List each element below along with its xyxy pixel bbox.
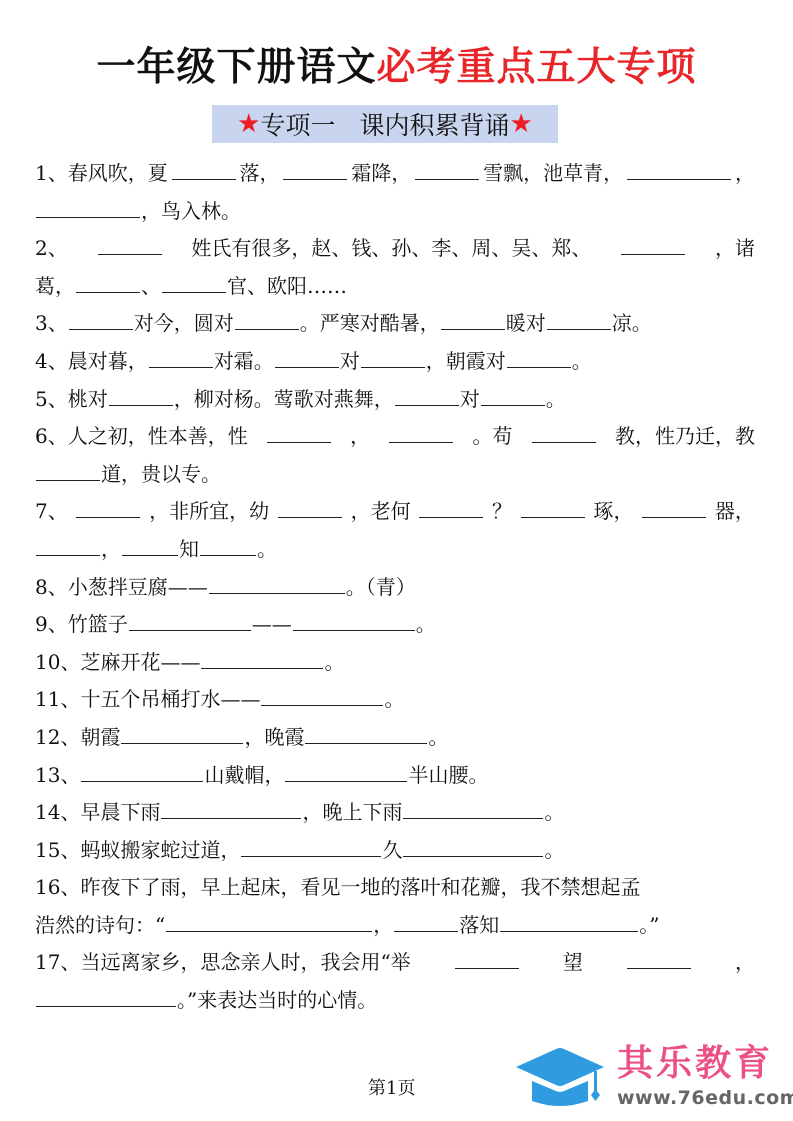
question-text: ，朝霞对 [426, 343, 506, 381]
fill-in-blank[interactable] [441, 311, 505, 330]
question-line: 7、，非所宜，幼，老何？琢，器， [35, 493, 755, 531]
fill-in-blank[interactable] [76, 274, 140, 293]
fill-in-blank[interactable] [394, 913, 458, 932]
question-line: 13、山戴帽，半山腰。 [35, 757, 755, 795]
question-text: 1、春风吹，夏 [35, 155, 168, 193]
fill-in-blank[interactable] [395, 387, 459, 406]
title-black-part: 一年级下册语文 [96, 45, 376, 90]
fill-in-blank[interactable] [121, 725, 243, 744]
question-line: 12、朝霞，晚霞。 [35, 719, 755, 757]
worksheet-questions: 1、春风吹，夏落，霜降，雪飘，池草青，，，鸟入林。2、姓氏有很多，赵、钱、孙、李… [35, 155, 755, 1020]
question-text: 。 [384, 681, 404, 719]
question-text: 山戴帽， [204, 757, 284, 795]
question-text: ， [735, 155, 755, 193]
question-line: 4、晨对暮，对霜。对，朝霞对。 [35, 343, 755, 381]
fill-in-blank[interactable] [285, 763, 407, 782]
fill-in-blank[interactable] [275, 349, 339, 368]
page-number: 第1页 [368, 1074, 415, 1100]
question-text: 。 [428, 719, 448, 757]
question-line: 5、桃对，柳对杨。莺歌对燕舞，对。 [35, 381, 755, 419]
question-text: ， [101, 531, 121, 569]
fill-in-blank[interactable] [455, 950, 519, 969]
fill-in-blank[interactable] [161, 800, 301, 819]
question-text: 教，性乃迁，教 [615, 418, 755, 456]
fill-in-blank[interactable] [521, 499, 585, 518]
fill-in-blank[interactable] [267, 424, 331, 443]
fill-in-blank[interactable] [201, 650, 323, 669]
question-text: ， [735, 944, 755, 982]
question-text: ， [373, 907, 393, 945]
question-text: 知 [179, 531, 199, 569]
fill-in-blank[interactable] [403, 838, 543, 857]
question-text: 4、晨对暮， [35, 343, 148, 381]
question-text: 。”来表达当时的心情。 [177, 982, 377, 1020]
question-text: 半山腰。 [408, 757, 488, 795]
fill-in-blank[interactable] [419, 499, 483, 518]
fill-in-blank[interactable] [36, 988, 176, 1007]
question-text: 。 [572, 343, 592, 381]
fill-in-blank[interactable] [81, 763, 203, 782]
question-text: 6、人之初，性本善，性 [35, 418, 248, 456]
fill-in-blank[interactable] [36, 537, 100, 556]
question-line: 16、昨夜下了雨，早上起床，看见一地的落叶和花瓣，我不禁想起孟 [35, 869, 755, 907]
question-line: 。”来表达当时的心情。 [35, 982, 755, 1020]
fill-in-blank[interactable] [507, 349, 571, 368]
fill-in-blank[interactable] [36, 462, 100, 481]
section-number: 专项一 [260, 106, 335, 142]
fill-in-blank[interactable] [122, 537, 178, 556]
question-line: 9、竹篮子——。 [35, 606, 755, 644]
question-text: 13、 [35, 757, 80, 795]
question-line: 11、十五个吊桶打水——。 [35, 681, 755, 719]
question-text: 暖对 [506, 305, 546, 343]
question-text: ，晚上下雨 [302, 794, 402, 832]
fill-in-blank[interactable] [76, 499, 140, 518]
question-line: 6、人之初，性本善，性，。苟教，性乃迁，教 [35, 418, 755, 456]
fill-in-blank[interactable] [235, 311, 299, 330]
question-text: ， [350, 418, 370, 456]
fill-in-blank[interactable] [129, 612, 251, 631]
fill-in-blank[interactable] [162, 274, 226, 293]
fill-in-blank[interactable] [69, 311, 133, 330]
question-text: 。 [544, 794, 564, 832]
question-line: 1、春风吹，夏落，霜降，雪飘，池草青，， [35, 155, 755, 193]
fill-in-blank[interactable] [36, 199, 140, 218]
question-text: 。 [257, 531, 277, 569]
question-text: 官、欧阳…… [227, 268, 347, 306]
question-text: 对今，圆对 [134, 305, 234, 343]
fill-in-blank[interactable] [172, 161, 236, 180]
fill-in-blank[interactable] [261, 687, 383, 706]
question-text: 。（青） [346, 569, 416, 607]
question-text: 落知 [459, 907, 499, 945]
question-text: 。 [324, 644, 344, 682]
question-line: 葛，、官、欧阳…… [35, 268, 755, 306]
question-line: ，鸟入林。 [35, 193, 755, 231]
question-text: 久 [382, 832, 402, 870]
question-text: 。苟 [473, 418, 513, 456]
fill-in-blank[interactable] [200, 537, 256, 556]
question-text: 对霜。 [214, 343, 274, 381]
section-banner: ★ 专项一 课内积累背诵 ★ [212, 105, 558, 143]
question-text: 姓氏有很多，赵、钱、孙、李、周、吴、郑、 [191, 230, 591, 268]
fill-in-blank[interactable] [278, 499, 342, 518]
question-text: 12、朝霞 [35, 719, 120, 757]
fill-in-blank[interactable] [547, 311, 611, 330]
question-text: 落， [240, 155, 280, 193]
question-text: ，诸 [715, 230, 755, 268]
fill-in-blank[interactable] [627, 161, 731, 180]
question-text: 、 [141, 268, 161, 306]
question-text: 9、竹篮子 [35, 606, 128, 644]
question-text: ，晚霞 [244, 719, 304, 757]
fill-in-blank[interactable] [149, 349, 213, 368]
question-text: 霜降， [351, 155, 411, 193]
question-text: 8、小葱拌豆腐—— [35, 569, 208, 607]
question-line: 道，贵以专。 [35, 456, 755, 494]
fill-in-blank[interactable] [361, 349, 425, 368]
question-text: 10、芝麻开花—— [35, 644, 200, 682]
fill-in-blank[interactable] [642, 499, 706, 518]
question-text: 。 [546, 381, 566, 419]
question-text: 17、当远离家乡，思念亲人时，我会用“举 [35, 944, 411, 982]
question-text: ，非所宜，幼 [149, 493, 269, 531]
question-line: 浩然的诗句：“，落知。” [35, 907, 755, 945]
question-text: ，柳对杨。莺歌对燕舞， [174, 381, 394, 419]
question-line: 3、对今，圆对。严寒对酷暑，暖对凉。 [35, 305, 755, 343]
question-text: 14、早晨下雨 [35, 794, 160, 832]
question-text: ？ [492, 493, 512, 531]
page-title: 一年级下册语文必考重点五大专项 [0, 42, 793, 94]
fill-in-blank[interactable] [621, 236, 685, 255]
question-line: 17、当远离家乡，思念亲人时，我会用“举望， [35, 944, 755, 982]
question-text: 11、十五个吊桶打水—— [35, 681, 260, 719]
fill-in-blank[interactable] [241, 838, 381, 857]
fill-in-blank[interactable] [415, 161, 479, 180]
brand-url: www.76edu.com [617, 1087, 793, 1109]
fill-in-blank[interactable] [532, 424, 596, 443]
question-text: ，老何 [351, 493, 411, 531]
question-text: 对 [460, 381, 480, 419]
section-title: 课内积累背诵 [360, 106, 510, 142]
fill-in-blank[interactable] [500, 913, 638, 932]
question-text: 16、昨夜下了雨，早上起床，看见一地的落叶和花瓣，我不禁想起孟 [35, 869, 640, 907]
question-line: 14、早晨下雨，晚上下雨。 [35, 794, 755, 832]
question-text: 器， [715, 493, 755, 531]
question-line: ，知。 [35, 531, 755, 569]
question-line: 15、蚂蚁搬家蛇过道，久。 [35, 832, 755, 870]
fill-in-blank[interactable] [403, 800, 543, 819]
question-text: 雪飘，池草青， [483, 155, 623, 193]
question-line: 8、小葱拌豆腐——。（青） [35, 569, 755, 607]
fill-in-blank[interactable] [481, 387, 545, 406]
question-text: 7、 [35, 493, 68, 531]
star-icon: ★ [237, 109, 260, 139]
question-text: 3、 [35, 305, 68, 343]
question-text: 。 [544, 832, 564, 870]
question-text: 凉。 [612, 305, 652, 343]
graduation-cap-icon [512, 1045, 604, 1107]
question-text: 葛， [35, 268, 75, 306]
question-text: ，鸟入林。 [141, 193, 241, 231]
title-red-part: 必考重点五大专项 [377, 45, 697, 90]
question-text: 琢， [593, 493, 633, 531]
brand-name: 其乐教育 [617, 1042, 773, 1086]
question-line: 10、芝麻开花——。 [35, 644, 755, 682]
question-text: 对 [340, 343, 360, 381]
question-text: 5、桃对 [35, 381, 108, 419]
brand-logo: 其乐教育 www.76edu.com [510, 1040, 793, 1115]
question-text: 道，贵以专。 [101, 456, 221, 494]
fill-in-blank[interactable] [389, 424, 453, 443]
question-text: 。 [416, 606, 436, 644]
star-icon: ★ [510, 109, 533, 139]
fill-in-blank[interactable] [293, 612, 415, 631]
question-text: —— [252, 606, 292, 644]
question-text: 。严寒对酷暑， [300, 305, 440, 343]
question-text: 15、蚂蚁搬家蛇过道， [35, 832, 240, 870]
question-text: 浩然的诗句：“ [35, 907, 165, 945]
fill-in-blank[interactable] [98, 236, 162, 255]
question-text: 望 [563, 944, 583, 982]
fill-in-blank[interactable] [166, 913, 372, 932]
question-text: 2、 [35, 230, 68, 268]
fill-in-blank[interactable] [627, 950, 691, 969]
question-line: 2、姓氏有很多，赵、钱、孙、李、周、吴、郑、，诸 [35, 230, 755, 268]
fill-in-blank[interactable] [305, 725, 427, 744]
question-text: 。” [639, 907, 659, 945]
fill-in-blank[interactable] [109, 387, 173, 406]
fill-in-blank[interactable] [283, 161, 347, 180]
fill-in-blank[interactable] [209, 575, 345, 594]
